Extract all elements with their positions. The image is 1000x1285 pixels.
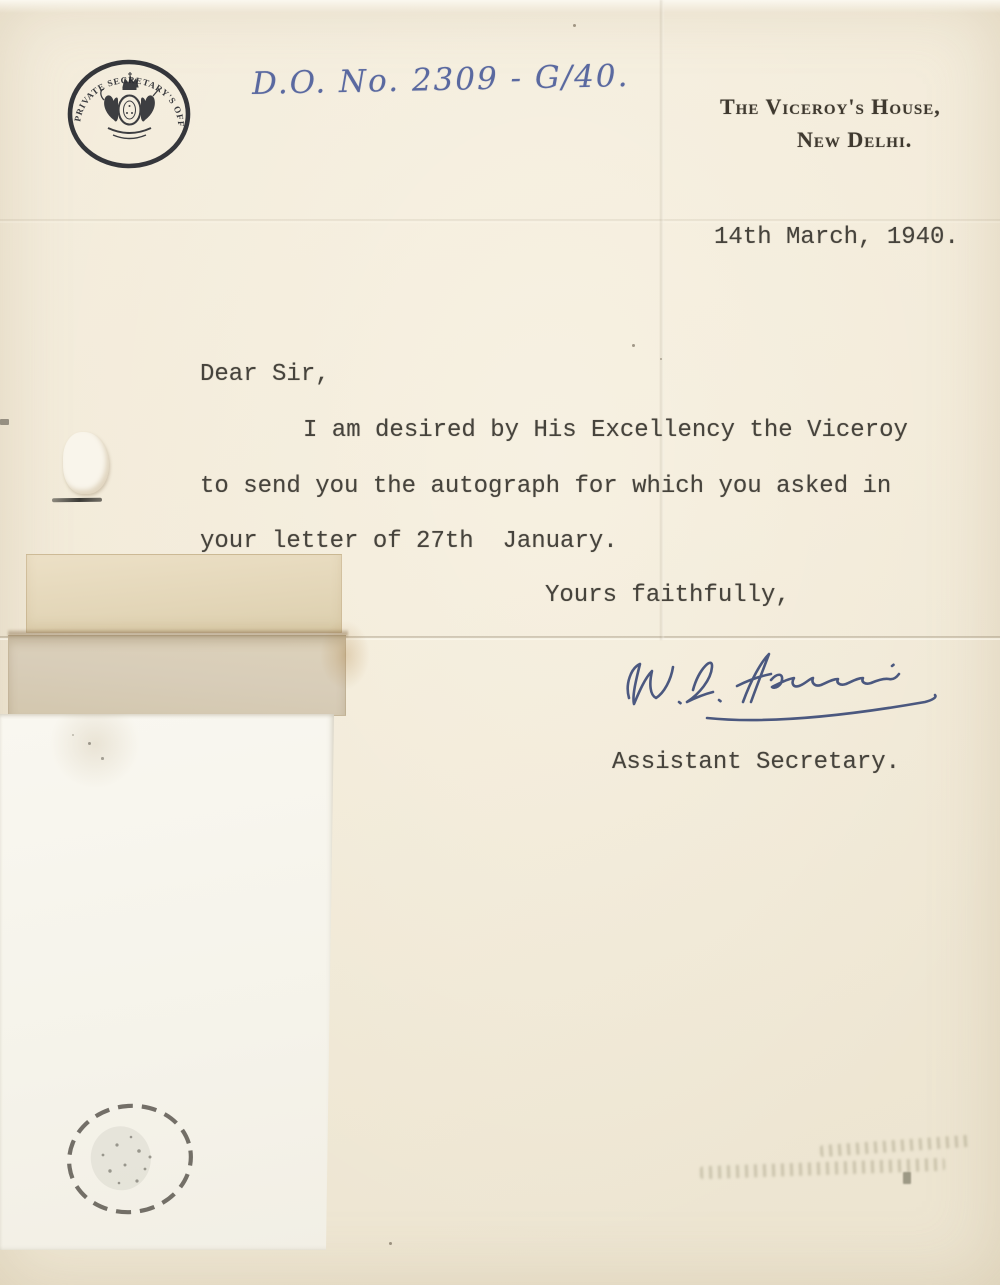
letter-page: PRIVATE SECRETARY'S OFFICE D.O. No. 2309… xyxy=(0,0,1000,1285)
body-line: to send you the autograph for which you … xyxy=(200,473,891,500)
card-speck xyxy=(88,742,91,745)
paper-speck xyxy=(660,358,662,360)
body-line: your letter of 27th January. xyxy=(200,528,618,555)
fold-crease-upper xyxy=(0,219,1000,223)
closing: Yours faithfully, xyxy=(545,582,790,609)
paper-tear xyxy=(63,432,109,494)
letterhead-address-line2: New Delhi. xyxy=(797,127,912,153)
reference-number: D.O. No. 2309 - G/40. xyxy=(252,58,630,102)
pencil-mark xyxy=(52,498,102,502)
tape-patch-lower xyxy=(8,635,346,716)
edge-mark xyxy=(0,419,9,425)
signer-title: Assistant Secretary. xyxy=(612,749,900,776)
fold-crease-vertical xyxy=(660,0,664,640)
body-line: I am desired by His Excellency the Vicer… xyxy=(303,417,908,444)
faint-stamp-smudge xyxy=(820,1135,970,1157)
paper-speck xyxy=(632,344,635,347)
tape-patch-upper xyxy=(26,554,342,633)
letterhead-address-line1: The Viceroy's House, xyxy=(720,94,941,120)
card-speck xyxy=(101,757,104,760)
card-speck xyxy=(72,734,74,736)
faint-stamp-mark xyxy=(903,1172,911,1184)
paper-speck xyxy=(389,1242,392,1245)
paper-speck xyxy=(573,24,576,27)
faded-circular-stamp-icon xyxy=(55,1099,205,1224)
attached-card xyxy=(0,714,334,1250)
signature-handwritten: W. L. Harrison xyxy=(615,640,955,740)
letter-date: 14th March, 1940. xyxy=(714,224,959,251)
tape-stain xyxy=(320,620,370,690)
salutation: Dear Sir, xyxy=(200,361,330,388)
private-secretarys-office-seal-icon: PRIVATE SECRETARY'S OFFICE xyxy=(66,58,192,170)
scan-top-light-edge xyxy=(0,0,1000,13)
tape-crease-streak xyxy=(8,629,348,638)
